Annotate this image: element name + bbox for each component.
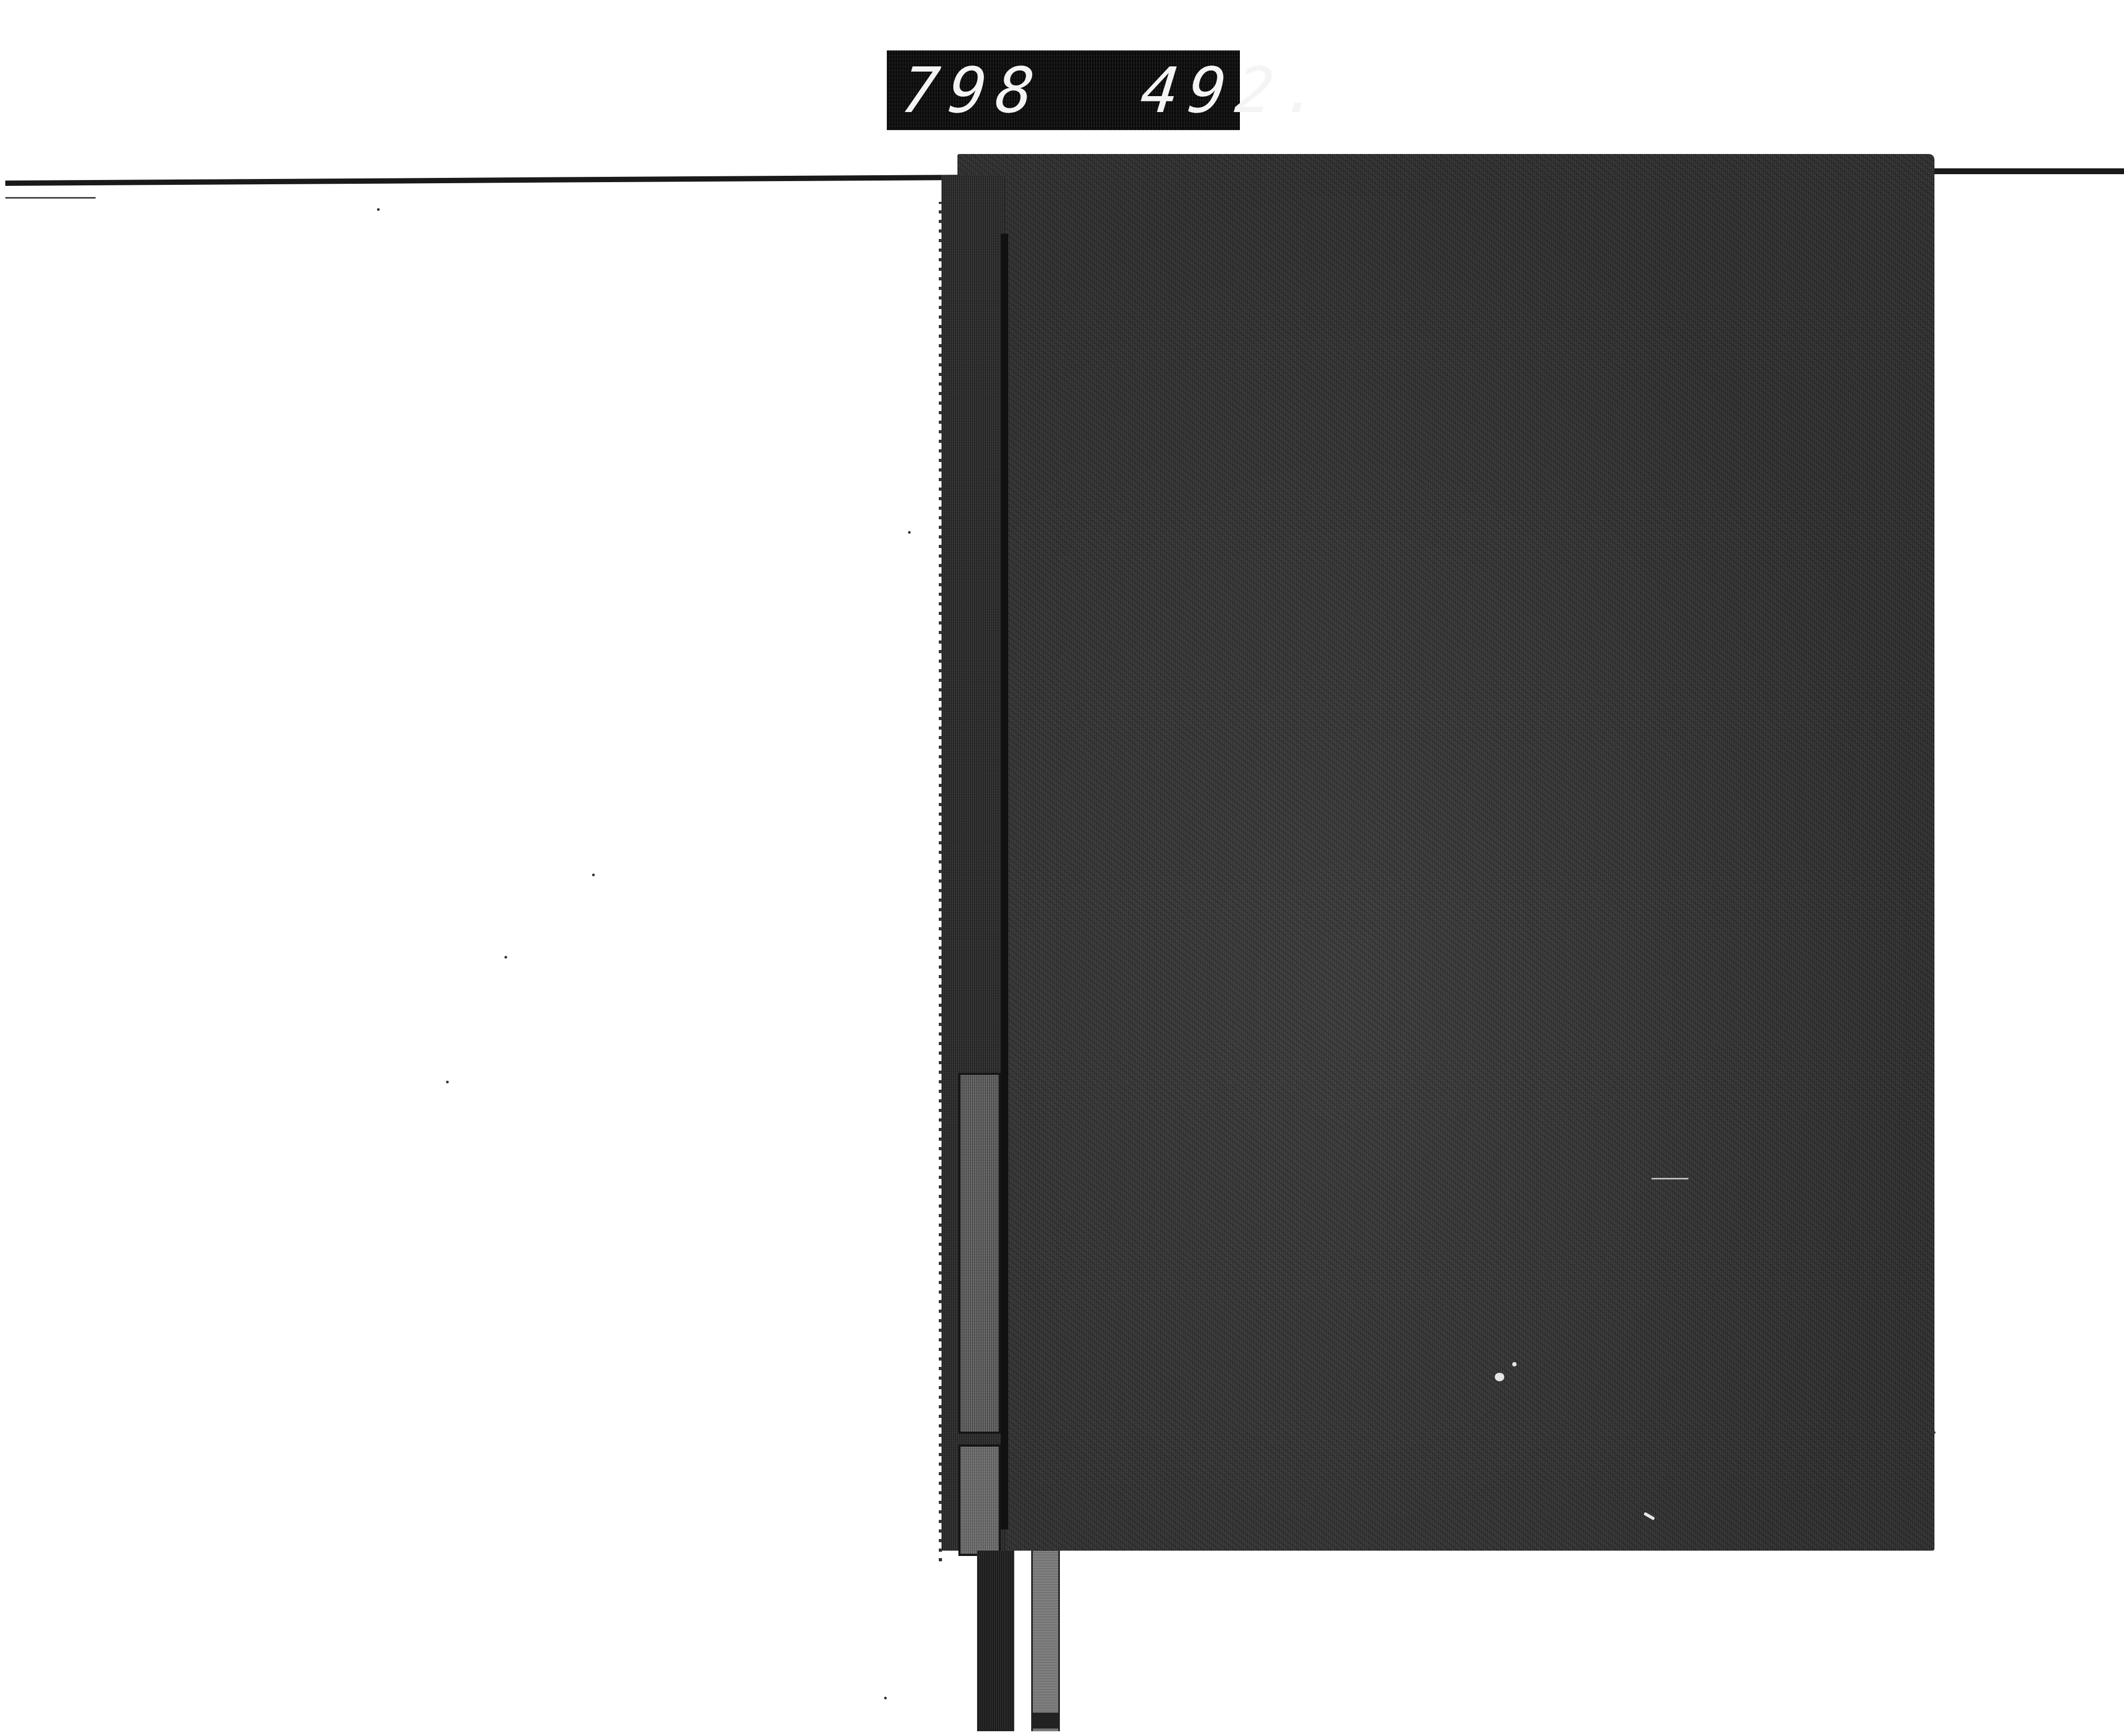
book bbox=[941, 154, 1934, 1556]
film-edge-line-right bbox=[1933, 168, 2124, 174]
frame-counter-digits: 798 492. bbox=[898, 59, 1334, 122]
bookmark-ribbon-dark bbox=[977, 1551, 1014, 1731]
dust-speck bbox=[908, 531, 911, 534]
book-cover bbox=[957, 154, 1934, 1551]
spine-panel-lower bbox=[958, 1444, 1001, 1556]
frame-counter: 798 492. bbox=[887, 50, 1240, 130]
book-spine bbox=[941, 175, 1005, 1551]
frame-counter-right: 492. bbox=[1138, 59, 1334, 122]
scan-page: 798 492. bbox=[0, 0, 2124, 1736]
dust-speck bbox=[377, 208, 380, 211]
dust-speck bbox=[592, 874, 595, 876]
film-edge-line-left-thin bbox=[5, 197, 96, 199]
bookmark-ribbon-light bbox=[1031, 1551, 1060, 1731]
dust-speck bbox=[446, 1081, 449, 1083]
cover-scratch bbox=[1512, 1362, 1517, 1366]
cover-scratch bbox=[1651, 1178, 1689, 1179]
spine-hinge-groove bbox=[1001, 234, 1008, 1529]
film-edge-line-left bbox=[5, 175, 966, 186]
spine-panel bbox=[958, 1073, 1001, 1434]
dust-speck bbox=[504, 956, 507, 959]
bookmark-ribbon-tip bbox=[1031, 1713, 1059, 1729]
cover-scratch bbox=[1495, 1373, 1504, 1381]
dust-speck bbox=[1933, 1431, 1935, 1434]
frame-counter-left: 798 bbox=[898, 59, 1047, 122]
dust-speck bbox=[884, 1697, 887, 1699]
